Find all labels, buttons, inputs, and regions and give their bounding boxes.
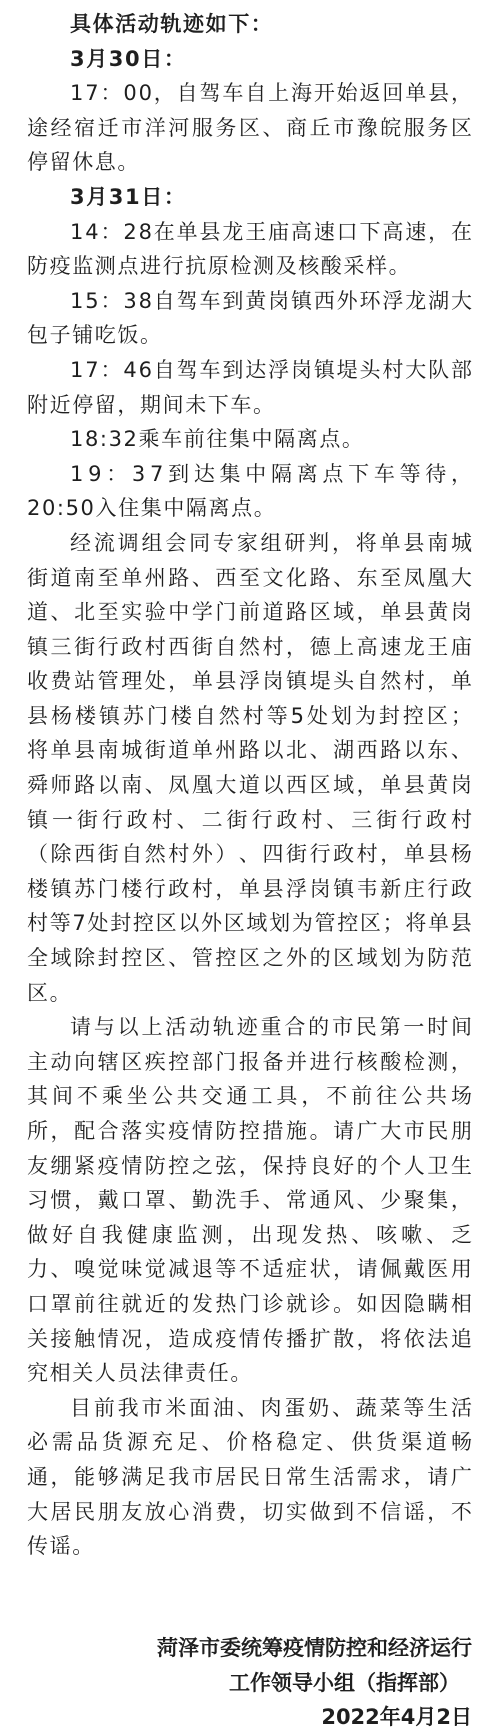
- paragraph-line: 17：00，自驾车自上海开始返回单县，: [27, 76, 472, 111]
- paragraph-line: 镇三街行政村西街自然村，德上高速龙王庙: [27, 630, 472, 665]
- paragraph-line: 15：38自驾车到黄岗镇西外环浮龙湖大: [27, 284, 472, 319]
- paragraph-line: 必需品货源充足、价格稳定、供货渠道畅: [27, 1425, 472, 1460]
- paragraph-line: （除西街自然村外）、四街行政村，单县杨: [27, 837, 472, 872]
- paragraph-line: 收费站管理处，单县浮岗镇堤头自然村，单: [27, 664, 472, 699]
- paragraph-line: 主动向辖区疾控部门报备并进行核酸检测，: [27, 1045, 472, 1080]
- paragraph-line: 19：37到达集中隔离点下车等待，: [27, 457, 472, 492]
- signature-org-line2: 工作领导小组（指挥部）: [27, 1666, 472, 1701]
- paragraph-line: 村等7处封控区以外区域划为管控区；将单县: [27, 906, 472, 941]
- paragraph-line: 附近停留，期间未下车。: [27, 388, 472, 423]
- signature-date: 2022年4月2日: [27, 1700, 472, 1735]
- paragraph-line: 18:32乘车前往集中隔离点。: [27, 422, 472, 457]
- paragraph-line: 镇一街行政村、二街行政村、三街行政村: [27, 803, 472, 838]
- paragraph-line: 区。: [27, 976, 472, 1011]
- signature-block: 菏泽市委统筹疫情防控和经济运行 工作领导小组（指挥部） 2022年4月2日: [27, 1631, 472, 1735]
- paragraph-line: 14：28在单县龙王庙高速口下高速，在: [27, 215, 472, 250]
- paragraph-line: 途经宿迁市洋河服务区、商丘市豫皖服务区: [27, 111, 472, 146]
- paragraph-line: 目前我市米面油、肉蛋奶、蔬菜等生活: [27, 1391, 472, 1426]
- paragraph-line: 包子铺吃饭。: [27, 318, 472, 353]
- paragraph-line: 停留休息。: [27, 145, 472, 180]
- paragraph-line: 全域除封控区、管控区之外的区域划为防范: [27, 941, 472, 976]
- paragraph-line: 大居民朋友放心消费，切实做到不信谣，不: [27, 1495, 472, 1530]
- paragraph-line: 所，配合落实疫情防控措施。请广大市民朋: [27, 1114, 472, 1149]
- paragraph-line: 楼镇苏门楼行政村，单县浮岗镇韦新庄行政: [27, 872, 472, 907]
- paragraph-line: 将单县南城街道单州路以北、湖西路以东、: [27, 733, 472, 768]
- paragraph-line: 经流调组会同专家组研判，将单县南城: [27, 526, 472, 561]
- paragraph-line: 传谣。: [27, 1529, 472, 1564]
- paragraph-line: 请与以上活动轨迹重合的市民第一时间: [27, 1010, 472, 1045]
- paragraph-line: 习惯，戴口罩、勤洗手、常通风、少聚集，: [27, 1183, 472, 1218]
- paragraph-line: 究相关人员法律责任。: [27, 1356, 472, 1391]
- paragraph-line: 友绷紧疫情防控之弦，保持良好的个人卫生: [27, 1149, 472, 1184]
- paragraph-line: 关接触情况，造成疫情传播扩散，将依法追: [27, 1322, 472, 1357]
- paragraph-line: 具体活动轨迹如下：: [27, 7, 472, 42]
- paragraph-line: 做好自我健康监测，出现发热、咳嗽、乏: [27, 1218, 472, 1253]
- paragraph-line: 17：46自驾车到达浮岗镇堤头村大队部: [27, 353, 472, 388]
- paragraph-line: 防疫监测点进行抗原检测及核酸采样。: [27, 249, 472, 284]
- paragraph-line: 其间不乘坐公共交通工具，不前往公共场: [27, 1079, 472, 1114]
- paragraph-line: 县杨楼镇苏门楼自然村等5处划为封控区；: [27, 699, 472, 734]
- signature-org-line1: 菏泽市委统筹疫情防控和经济运行: [27, 1631, 472, 1666]
- paragraph-line: 20:50入住集中隔离点。: [27, 491, 472, 526]
- paragraph-line: 口罩前往就近的发热门诊就诊。如因隐瞒相: [27, 1287, 472, 1322]
- paragraph-line: 3月31日：: [27, 180, 472, 215]
- paragraph-line: 3月30日：: [27, 42, 472, 77]
- paragraph-line: 舜师路以南、凤凰大道以西区域，单县黄岗: [27, 768, 472, 803]
- paragraph-line: 道、北至实验中学门前道路区域，单县黄岗: [27, 595, 472, 630]
- paragraph-line: 力、嗅觉味觉减退等不适症状，请佩戴医用: [27, 1252, 472, 1287]
- paragraph-line: 街道南至单州路、西至文化路、东至凤凰大: [27, 561, 472, 596]
- paragraph-line: 通，能够满足我市居民日常生活需求，请广: [27, 1460, 472, 1495]
- document-body: 具体活动轨迹如下：3月30日：17：00，自驾车自上海开始返回单县，途经宿迁市洋…: [27, 7, 472, 1564]
